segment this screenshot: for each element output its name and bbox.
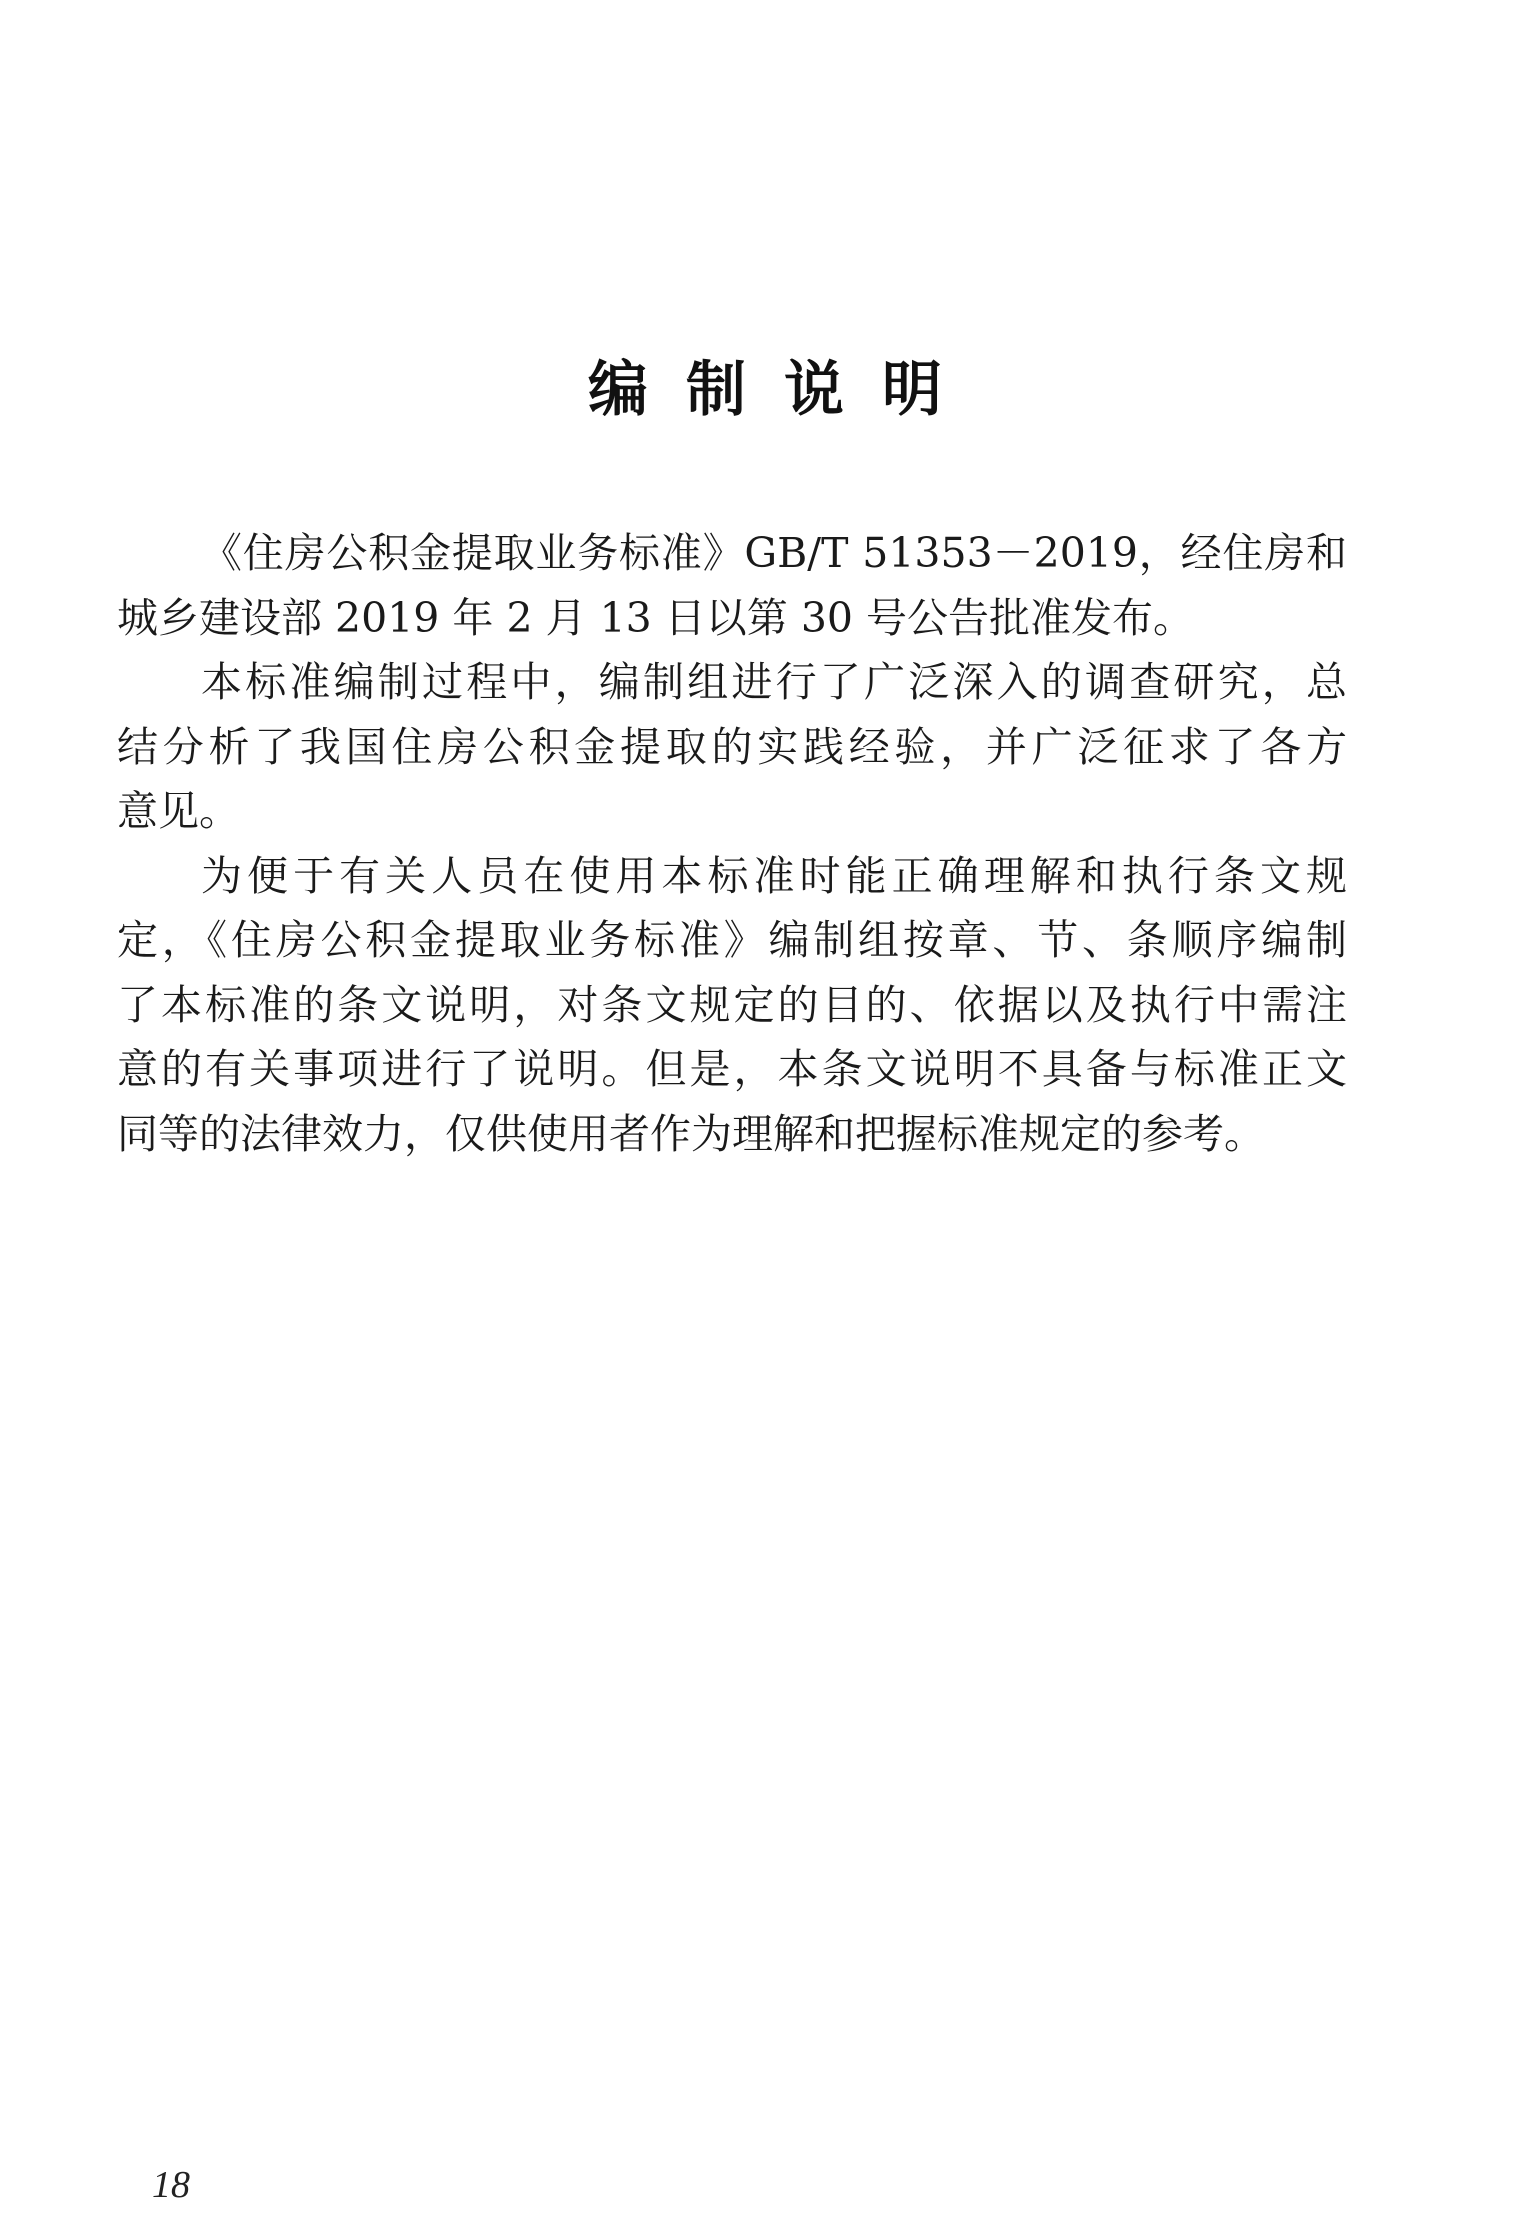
text-line: 了本标准的条文说明，对条文规定的目的、依据以及执行中需注	[117, 973, 1347, 1038]
paragraph-compilation-process: 本标准编制过程中，编制组进行了广泛深入的调查研究，总 结分析了我国住房公积金提取…	[117, 650, 1347, 844]
text-line: 意的有关事项进行了说明。但是，本条文说明不具备与标准正文	[117, 1037, 1347, 1102]
page-number: 18	[152, 2163, 190, 2207]
text-line: 同等的法律效力，仅供使用者作为理解和把握标准规定的参考。	[117, 1102, 1347, 1167]
text-line: 定，《住房公积金提取业务标准》编制组按章、节、条顺序编制	[117, 908, 1347, 973]
text-line: 《住房公积金提取业务标准》GB/T 51353－2019，经住房和	[117, 521, 1347, 586]
text-line: 为便于有关人员在使用本标准时能正确理解和执行条文规	[117, 844, 1347, 909]
text-line: 城乡建设部 2019 年 2 月 13 日以第 30 号公告批准发布。	[117, 586, 1347, 651]
text-line: 结分析了我国住房公积金提取的实践经验，并广泛征求了各方	[117, 715, 1347, 780]
text-line: 本标准编制过程中，编制组进行了广泛深入的调查研究，总	[117, 650, 1347, 715]
paragraph-explanation-purpose: 为便于有关人员在使用本标准时能正确理解和执行条文规 定，《住房公积金提取业务标准…	[117, 844, 1347, 1167]
page-title: 编制说明	[0, 352, 1530, 428]
document-body: 《住房公积金提取业务标准》GB/T 51353－2019，经住房和 城乡建设部 …	[117, 521, 1347, 1166]
text-line: 意见。	[117, 779, 1347, 844]
paragraph-publication-info: 《住房公积金提取业务标准》GB/T 51353－2019，经住房和 城乡建设部 …	[117, 521, 1347, 650]
